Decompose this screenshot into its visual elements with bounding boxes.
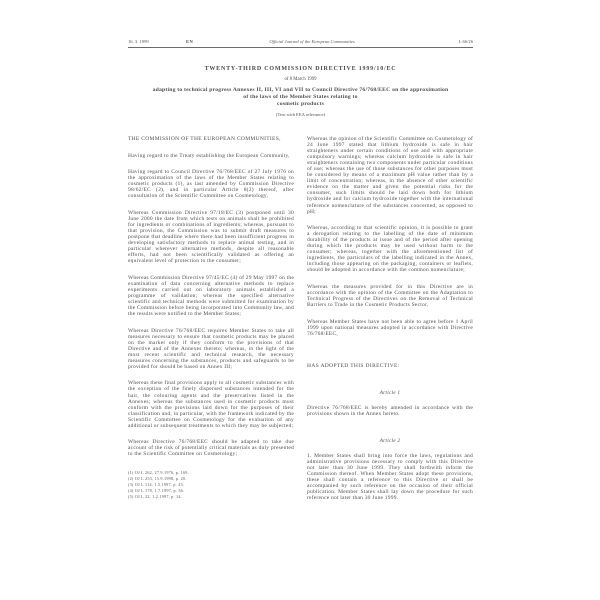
recital-paragraph: Whereas Member States have not been able…: [307, 319, 473, 337]
article-2-body: 1. Member States shall bring into force …: [307, 453, 473, 501]
directive-title-block: TWENTY-THIRD COMMISSION DIRECTIVE 1999/1…: [128, 66, 473, 117]
scanned-document-page: 16. 3. 1999 EN Official Journal of the E…: [0, 0, 600, 600]
recital-paragraph: Whereas the opinion of the Scientific Co…: [307, 136, 473, 215]
recital-paragraph: Whereas Commission Directive 97/45/EC (4…: [128, 275, 294, 317]
article-1-body: Directive 76/768/EEC is hereby amended i…: [307, 405, 473, 417]
recital-paragraph: Whereas, according to that scientific op…: [307, 225, 473, 273]
footnote: (5) OJ L 22, 1.2.1997, p. 14.: [128, 494, 294, 500]
journal-running-header: 16. 3. 1999 EN Official Journal of the E…: [128, 39, 473, 48]
article-1-heading: Article 1: [307, 390, 473, 396]
recital-paragraph: Whereas the measures provided for in thi…: [307, 284, 473, 308]
preamble-opening: THE COMMISSION OF THE EUROPEAN COMMUNITI…: [128, 136, 294, 142]
directive-subject: adapting to technical progress Annexes I…: [152, 87, 450, 100]
language-code: EN: [186, 39, 193, 45]
footnote-block: (1) OJ L 262, 27.9.1976, p. 169. (2) OJ …: [128, 470, 294, 500]
journal-date: 16. 3. 1999: [128, 39, 170, 45]
right-column: Whereas the opinion of the Scientific Co…: [307, 136, 473, 501]
directive-subject-product: cosmetic products: [128, 101, 473, 107]
document-body: THE COMMISSION OF THE EUROPEAN COMMUNITI…: [128, 136, 473, 501]
directive-date: of 8 March 1999: [128, 77, 473, 82]
page-reference: L 66/26: [431, 39, 473, 45]
recital-paragraph: Whereas Directive 76/768/EEC should be a…: [128, 439, 294, 457]
citation-paragraph: Having regard to Council Directive 76/76…: [128, 169, 294, 199]
journal-title: Official Journal of the European Communi…: [193, 39, 431, 45]
enacting-formula: HAS ADOPTED THIS DIRECTIVE:: [307, 363, 473, 369]
recital-paragraph: Whereas Directive 76/768/EEC requires Me…: [128, 328, 294, 370]
left-column: THE COMMISSION OF THE EUROPEAN COMMUNITI…: [128, 136, 294, 501]
recital-paragraph: Whereas Commission Directive 97/18/EC (3…: [128, 210, 294, 264]
article-2-heading: Article 2: [307, 438, 473, 444]
directive-title: TWENTY-THIRD COMMISSION DIRECTIVE 1999/1…: [128, 66, 473, 72]
recital-paragraph: Whereas these final provisions apply to …: [128, 380, 294, 428]
eea-relevance-note: (Text with EEA relevance): [128, 112, 473, 117]
citation-paragraph: Having regard to the Treaty establishing…: [128, 153, 294, 159]
